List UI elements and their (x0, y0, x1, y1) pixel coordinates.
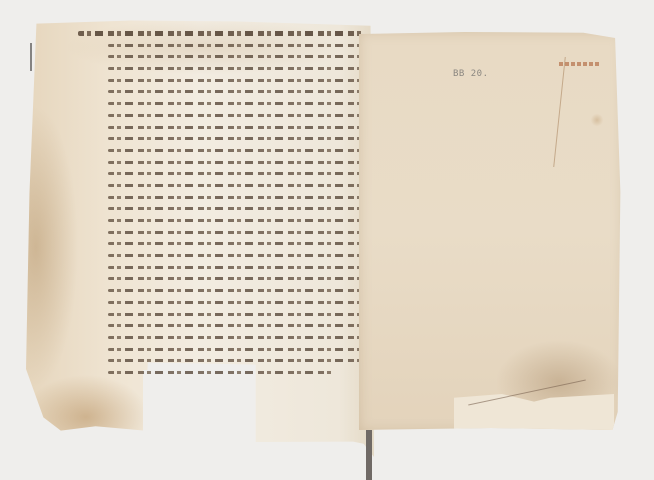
handwritten-line (108, 110, 363, 122)
handwritten-line (108, 332, 363, 344)
handwritten-line (108, 192, 363, 204)
handwritten-line (108, 203, 363, 215)
handwritten-line (108, 320, 363, 332)
handwritten-line (108, 238, 363, 250)
handwritten-line (108, 28, 363, 40)
damaged-corner (454, 394, 614, 432)
handwritten-text-block (108, 28, 363, 379)
handwritten-line (108, 145, 363, 157)
handwritten-line (108, 227, 363, 239)
binding-spine (366, 430, 372, 480)
handwritten-line (108, 367, 363, 379)
handwritten-line (108, 157, 363, 169)
manuscript-photo: BB 20. (0, 0, 654, 480)
handwritten-line (108, 86, 363, 98)
shelfmark-label: BB 20. (453, 69, 489, 79)
margin-mark (30, 43, 38, 71)
handwritten-line (108, 309, 363, 321)
handwritten-line (108, 262, 363, 274)
red-ink-mark (559, 62, 599, 66)
handwritten-line (108, 355, 363, 367)
handwritten-line (108, 285, 363, 297)
handwritten-line (108, 250, 363, 262)
handwritten-line (108, 344, 363, 356)
right-blank-leaf: BB 20. (359, 32, 623, 432)
handwritten-line (108, 297, 363, 309)
handwritten-line (108, 75, 363, 87)
handwritten-line (108, 168, 363, 180)
handwritten-line (108, 180, 363, 192)
tear-edge (553, 57, 570, 167)
handwritten-line (108, 40, 363, 52)
handwritten-line (108, 51, 363, 63)
leaf-notch (143, 370, 251, 480)
handwritten-line (108, 63, 363, 75)
handwritten-line (108, 273, 363, 285)
handwritten-line (108, 215, 363, 227)
handwritten-line (108, 133, 363, 145)
handwritten-line (108, 98, 363, 110)
handwritten-line (108, 122, 363, 134)
